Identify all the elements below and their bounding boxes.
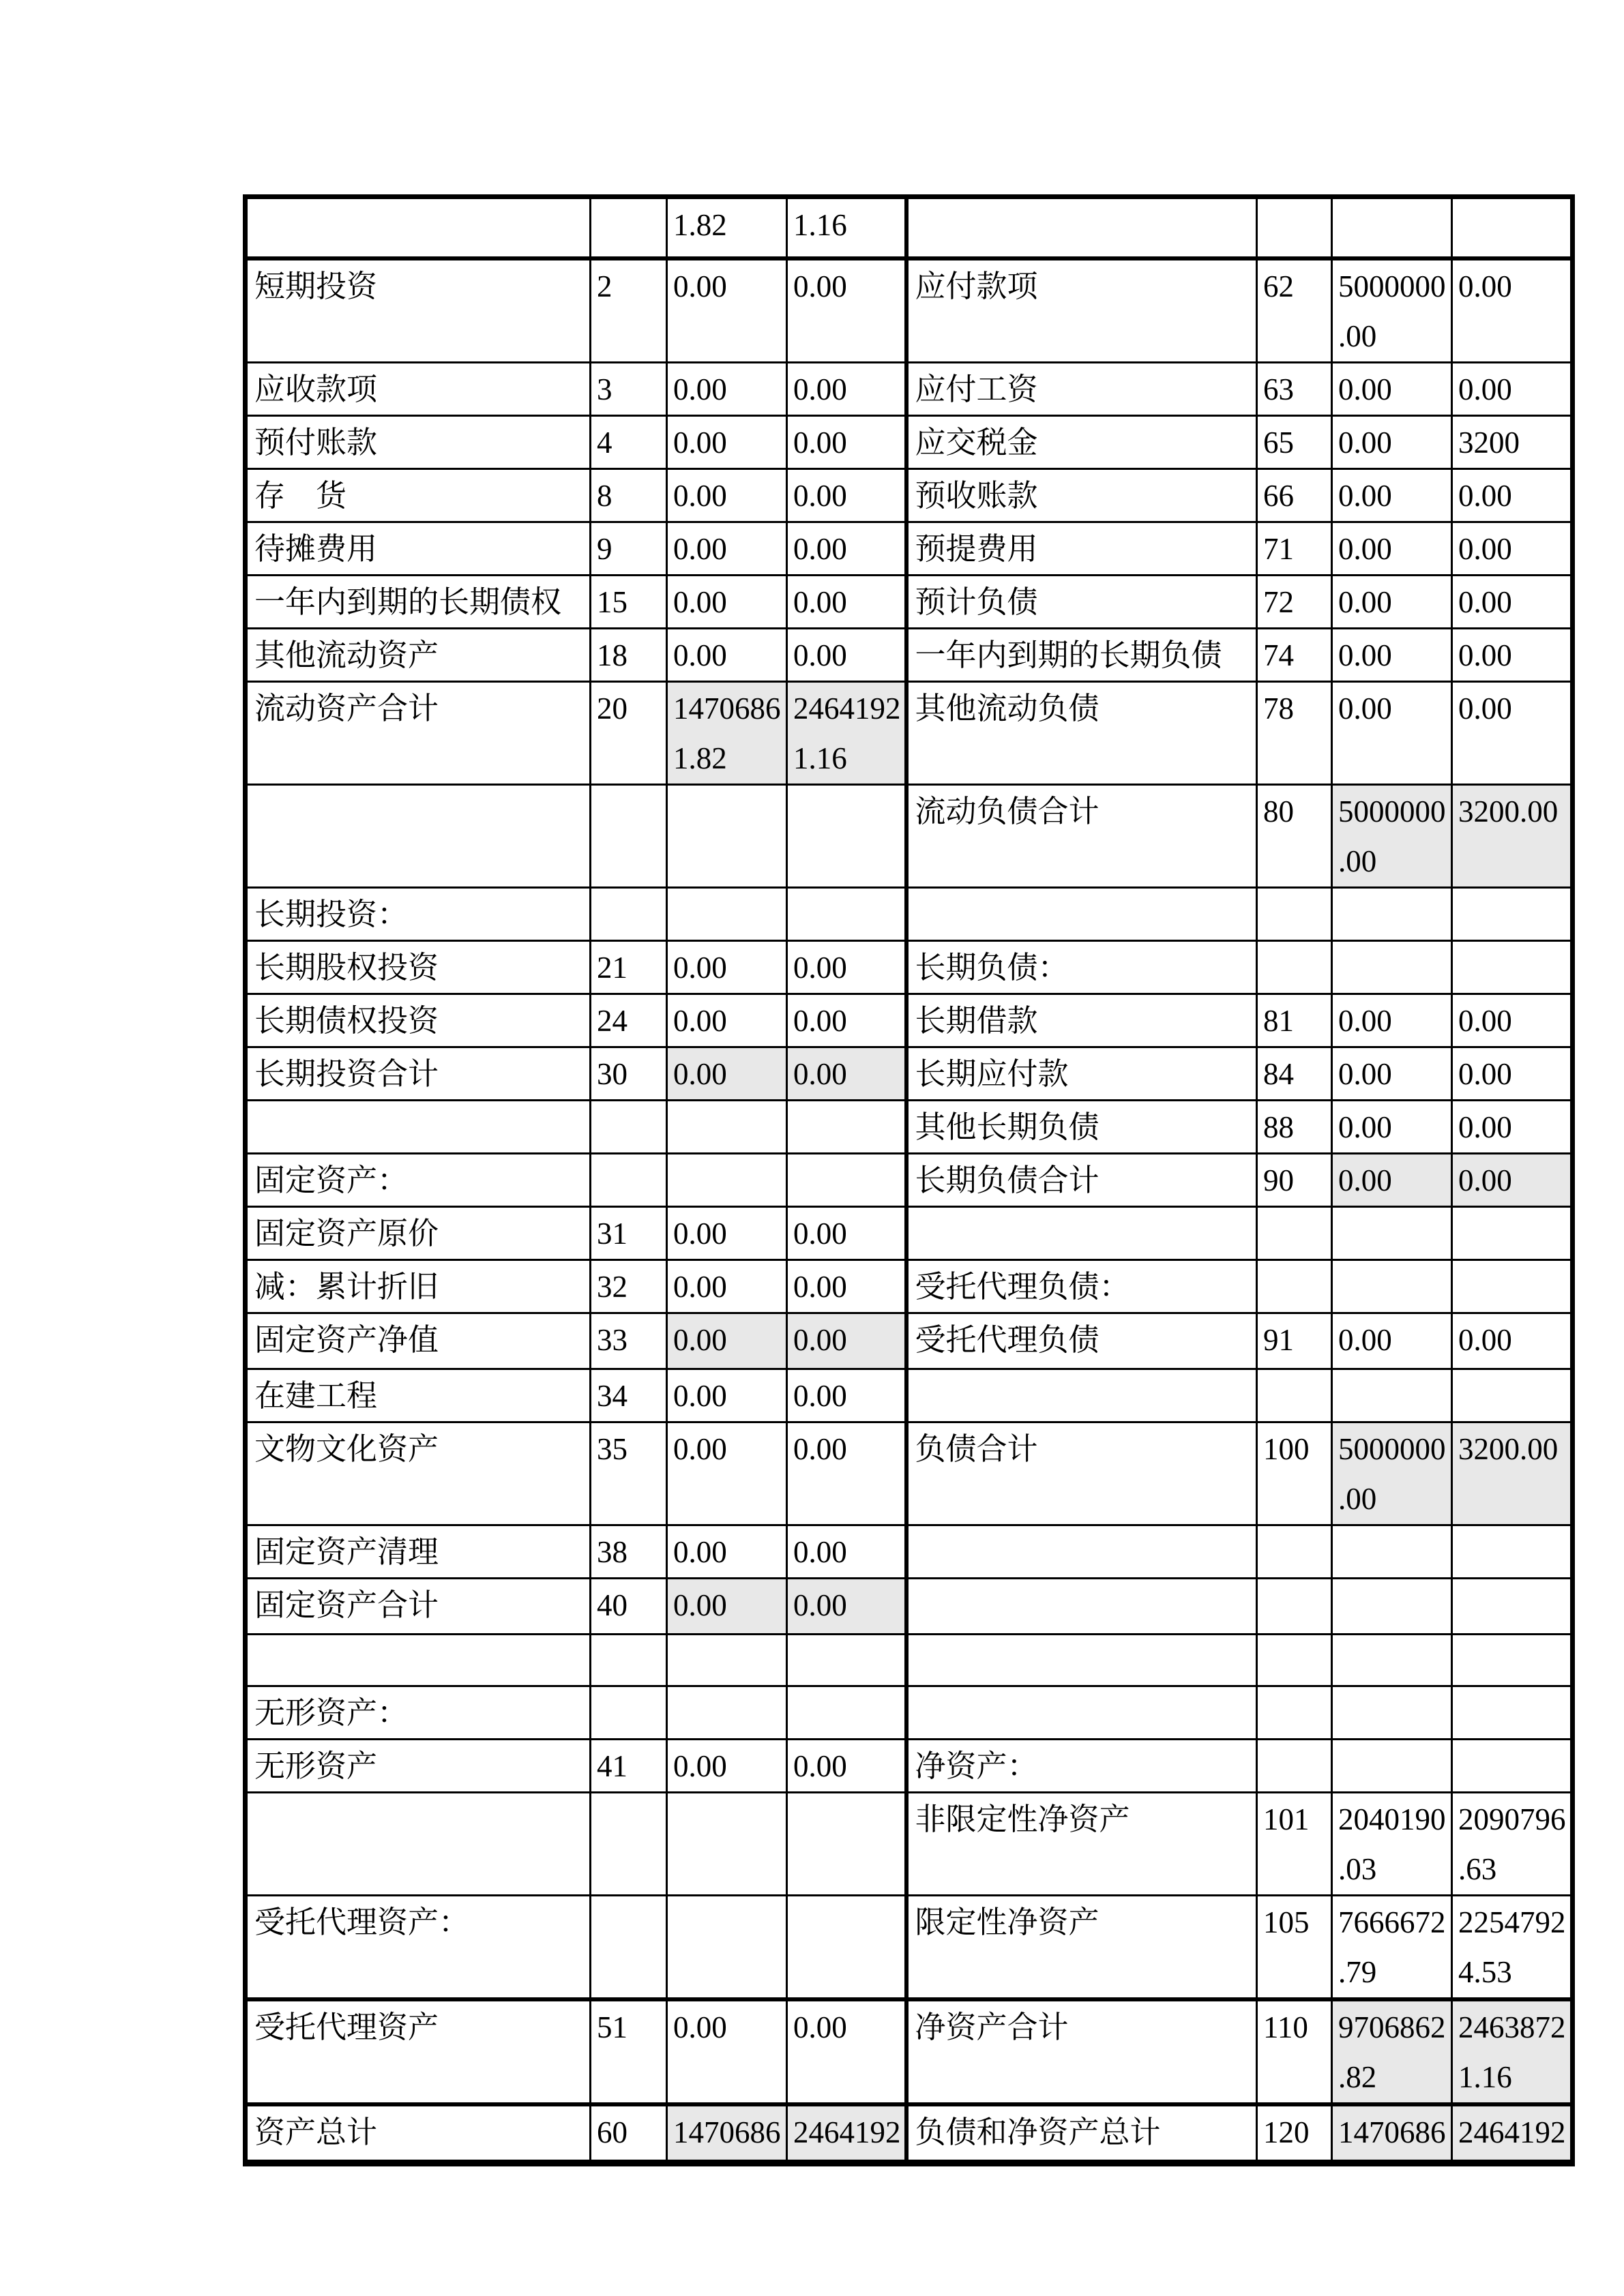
liability-value1-cell	[1332, 1578, 1452, 1634]
liability-value1-cell: 0.00	[1332, 1047, 1452, 1100]
table-row: 预付账款40.000.00应交税金650.003200	[246, 415, 1573, 468]
asset-value2-cell: 0.00	[787, 1206, 906, 1259]
asset-value2-cell: 1.16	[787, 197, 906, 258]
liability-label-cell: 受托代理负债：	[906, 1259, 1257, 1313]
liability-value1-cell: 0.00	[1332, 415, 1452, 468]
asset-value1-cell: 0.00	[667, 1999, 787, 2104]
balance-sheet-table: 1.821.16短期投资20.000.00应付款项625000000 .000.…	[243, 194, 1575, 2166]
asset-label-cell: 文物文化资产	[246, 1422, 591, 1525]
asset-value2-cell: 0.00	[787, 522, 906, 575]
liability-line-cell	[1257, 1634, 1332, 1686]
liability-value2-cell	[1452, 1525, 1573, 1578]
liability-value1-cell: 9706862 .82	[1332, 1999, 1452, 2104]
liability-label-cell: 一年内到期的长期负债	[906, 628, 1257, 681]
liability-label-cell: 应交税金	[906, 415, 1257, 468]
asset-value1-cell: 1470686 1.82	[667, 681, 787, 784]
asset-line-cell: 2	[591, 258, 667, 363]
table-row: 流动资产合计201470686 1.822464192 1.16其他流动负债78…	[246, 681, 1573, 784]
liability-line-cell: 100	[1257, 1422, 1332, 1525]
liability-label-cell	[906, 1206, 1257, 1259]
table-row: 固定资产合计400.000.00	[246, 1578, 1573, 1634]
liability-label-cell	[906, 1634, 1257, 1686]
liability-line-cell	[1257, 1739, 1332, 1792]
asset-line-cell	[591, 1153, 667, 1206]
asset-value1-cell	[667, 1895, 787, 1999]
table-row: 存 货80.000.00预收账款660.000.00	[246, 468, 1573, 522]
asset-line-cell: 40	[591, 1578, 667, 1634]
liability-value2-cell: 0.00	[1452, 468, 1573, 522]
asset-label-cell: 无形资产：	[246, 1686, 591, 1739]
liability-label-cell: 限定性净资产	[906, 1895, 1257, 1999]
table-row: 固定资产原价310.000.00	[246, 1206, 1573, 1259]
liability-value1-cell: 0.00	[1332, 994, 1452, 1047]
liability-label-cell: 预收账款	[906, 468, 1257, 522]
asset-label-cell: 固定资产清理	[246, 1525, 591, 1578]
asset-value2-cell: 0.00	[787, 994, 906, 1047]
asset-value1-cell: 0.00	[667, 468, 787, 522]
asset-value1-cell: 1470686	[667, 2104, 787, 2163]
asset-value2-cell: 0.00	[787, 575, 906, 628]
asset-value2-cell	[787, 887, 906, 940]
table-row: 减：累计折旧320.000.00受托代理负债：	[246, 1259, 1573, 1313]
liability-line-cell: 84	[1257, 1047, 1332, 1100]
asset-line-cell	[591, 1634, 667, 1686]
asset-line-cell	[591, 1792, 667, 1895]
table-row: 文物文化资产350.000.00负债合计1005000000 .003200.0…	[246, 1422, 1573, 1525]
liability-line-cell: 80	[1257, 784, 1332, 887]
liability-line-cell: 90	[1257, 1153, 1332, 1206]
liability-value2-cell	[1452, 1578, 1573, 1634]
asset-line-cell: 3	[591, 362, 667, 415]
liability-value1-cell: 5000000 .00	[1332, 784, 1452, 887]
liability-line-cell: 101	[1257, 1792, 1332, 1895]
table-row: 非限定性净资产1012040190 .032090796 .63	[246, 1792, 1573, 1895]
liability-label-cell: 长期负债合计	[906, 1153, 1257, 1206]
liability-value1-cell: 0.00	[1332, 1313, 1452, 1369]
asset-value1-cell: 0.00	[667, 575, 787, 628]
liability-value1-cell: 0.00	[1332, 362, 1452, 415]
liability-value1-cell: 0.00	[1332, 468, 1452, 522]
asset-value1-cell: 0.00	[667, 1206, 787, 1259]
liability-value2-cell	[1452, 887, 1573, 940]
asset-value2-cell	[787, 1153, 906, 1206]
liability-value1-cell	[1332, 1634, 1452, 1686]
liability-line-cell: 62	[1257, 258, 1332, 363]
liability-line-cell	[1257, 887, 1332, 940]
balance-sheet-body: 1.821.16短期投资20.000.00应付款项625000000 .000.…	[246, 197, 1573, 2163]
liability-value1-cell	[1332, 1259, 1452, 1313]
liability-value2-cell	[1452, 1686, 1573, 1739]
liability-line-cell	[1257, 1525, 1332, 1578]
asset-label-cell	[246, 1792, 591, 1895]
liability-value1-cell: 1470686	[1332, 2104, 1452, 2163]
liability-label-cell: 应付款项	[906, 258, 1257, 363]
table-row: 固定资产清理380.000.00	[246, 1525, 1573, 1578]
liability-line-cell: 71	[1257, 522, 1332, 575]
table-row: 受托代理资产510.000.00净资产合计1109706862 .8224638…	[246, 1999, 1573, 2104]
asset-label-cell: 一年内到期的长期债权	[246, 575, 591, 628]
liability-value1-cell: 7666672 .79	[1332, 1895, 1452, 1999]
asset-label-cell: 流动资产合计	[246, 681, 591, 784]
asset-value2-cell	[787, 1634, 906, 1686]
asset-label-cell: 无形资产	[246, 1739, 591, 1792]
asset-line-cell: 4	[591, 415, 667, 468]
liability-value2-cell: 0.00	[1452, 1100, 1573, 1153]
asset-label-cell: 应收款项	[246, 362, 591, 415]
liability-label-cell: 流动负债合计	[906, 784, 1257, 887]
asset-line-cell	[591, 1686, 667, 1739]
asset-label-cell: 长期股权投资	[246, 940, 591, 994]
table-row: 资产总计6014706862464192负债和净资产总计120147068624…	[246, 2104, 1573, 2163]
asset-line-cell: 15	[591, 575, 667, 628]
liability-line-cell: 110	[1257, 1999, 1332, 2104]
liability-value1-cell: 0.00	[1332, 1153, 1452, 1206]
liability-line-cell	[1257, 940, 1332, 994]
asset-value1-cell	[667, 1100, 787, 1153]
liability-label-cell: 其他长期负债	[906, 1100, 1257, 1153]
liability-value1-cell	[1332, 1686, 1452, 1739]
liability-value2-cell	[1452, 1369, 1573, 1422]
liability-label-cell: 净资产：	[906, 1739, 1257, 1792]
liability-label-cell	[906, 1525, 1257, 1578]
asset-value1-cell: 0.00	[667, 940, 787, 994]
asset-label-cell: 受托代理资产	[246, 1999, 591, 2104]
asset-line-cell	[591, 784, 667, 887]
liability-value1-cell: 0.00	[1332, 1100, 1452, 1153]
asset-label-cell: 存 货	[246, 468, 591, 522]
liability-value1-cell	[1332, 887, 1452, 940]
asset-value1-cell: 0.00	[667, 1369, 787, 1422]
asset-value2-cell: 0.00	[787, 1313, 906, 1369]
asset-value1-cell	[667, 887, 787, 940]
liability-value1-cell: 5000000 .00	[1332, 1422, 1452, 1525]
asset-line-cell: 24	[591, 994, 667, 1047]
liability-line-cell: 74	[1257, 628, 1332, 681]
liability-value1-cell: 5000000 .00	[1332, 258, 1452, 363]
liability-value1-cell: 0.00	[1332, 681, 1452, 784]
liability-line-cell: 88	[1257, 1100, 1332, 1153]
liability-value2-cell: 3200.00	[1452, 1422, 1573, 1525]
asset-line-cell: 31	[591, 1206, 667, 1259]
liability-value2-cell	[1452, 1739, 1573, 1792]
asset-line-cell: 20	[591, 681, 667, 784]
asset-line-cell	[591, 887, 667, 940]
liability-line-cell	[1257, 1578, 1332, 1634]
asset-line-cell	[591, 197, 667, 258]
asset-value2-cell: 0.00	[787, 1525, 906, 1578]
liability-label-cell: 负债合计	[906, 1422, 1257, 1525]
asset-line-cell: 41	[591, 1739, 667, 1792]
asset-value2-cell: 0.00	[787, 415, 906, 468]
liability-value2-cell: 2463872 1.16	[1452, 1999, 1573, 2104]
asset-value1-cell: 0.00	[667, 1525, 787, 1578]
liability-value2-cell: 0.00	[1452, 575, 1573, 628]
asset-value1-cell	[667, 1153, 787, 1206]
liability-value2-cell: 2254792 4.53	[1452, 1895, 1573, 1999]
asset-value1-cell: 0.00	[667, 415, 787, 468]
asset-line-cell: 60	[591, 2104, 667, 2163]
liability-label-cell: 长期应付款	[906, 1047, 1257, 1100]
asset-line-cell: 51	[591, 1999, 667, 2104]
asset-label-cell: 固定资产合计	[246, 1578, 591, 1634]
liability-label-cell: 预计负债	[906, 575, 1257, 628]
liability-value2-cell: 0.00	[1452, 681, 1573, 784]
asset-label-cell	[246, 197, 591, 258]
table-row: 应收款项30.000.00应付工资630.000.00	[246, 362, 1573, 415]
liability-label-cell: 净资产合计	[906, 1999, 1257, 2104]
liability-line-cell: 72	[1257, 575, 1332, 628]
asset-label-cell	[246, 1634, 591, 1686]
liability-value2-cell	[1452, 197, 1573, 258]
liability-line-cell: 91	[1257, 1313, 1332, 1369]
asset-value1-cell	[667, 1792, 787, 1895]
asset-label-cell: 其他流动资产	[246, 628, 591, 681]
asset-value2-cell: 0.00	[787, 1578, 906, 1634]
table-row: 固定资产：长期负债合计900.000.00	[246, 1153, 1573, 1206]
asset-value1-cell	[667, 1634, 787, 1686]
liability-label-cell	[906, 887, 1257, 940]
table-row: 长期投资：	[246, 887, 1573, 940]
table-row	[246, 1634, 1573, 1686]
liability-value2-cell: 0.00	[1452, 522, 1573, 575]
asset-line-cell: 33	[591, 1313, 667, 1369]
liability-label-cell: 受托代理负债	[906, 1313, 1257, 1369]
asset-label-cell: 短期投资	[246, 258, 591, 363]
liability-value2-cell	[1452, 940, 1573, 994]
asset-label-cell: 在建工程	[246, 1369, 591, 1422]
liability-label-cell	[906, 197, 1257, 258]
liability-value1-cell	[1332, 1739, 1452, 1792]
asset-line-cell	[591, 1100, 667, 1153]
liability-value2-cell	[1452, 1206, 1573, 1259]
asset-label-cell: 长期投资合计	[246, 1047, 591, 1100]
asset-value1-cell: 0.00	[667, 362, 787, 415]
asset-value1-cell: 1.82	[667, 197, 787, 258]
asset-line-cell	[591, 1895, 667, 1999]
asset-label-cell: 固定资产净值	[246, 1313, 591, 1369]
asset-value2-cell: 0.00	[787, 362, 906, 415]
asset-value1-cell: 0.00	[667, 994, 787, 1047]
asset-label-cell: 待摊费用	[246, 522, 591, 575]
asset-value1-cell: 0.00	[667, 628, 787, 681]
asset-label-cell: 固定资产原价	[246, 1206, 591, 1259]
asset-value1-cell: 0.00	[667, 1259, 787, 1313]
asset-value2-cell: 0.00	[787, 940, 906, 994]
liability-value2-cell: 0.00	[1452, 1153, 1573, 1206]
asset-line-cell: 8	[591, 468, 667, 522]
liability-value2-cell: 2090796 .63	[1452, 1792, 1573, 1895]
asset-line-cell: 18	[591, 628, 667, 681]
table-row: 1.821.16	[246, 197, 1573, 258]
liability-label-cell: 应付工资	[906, 362, 1257, 415]
liability-label-cell: 长期负债：	[906, 940, 1257, 994]
asset-value2-cell	[787, 1792, 906, 1895]
asset-label-cell	[246, 784, 591, 887]
liability-value1-cell	[1332, 1525, 1452, 1578]
liability-label-cell	[906, 1369, 1257, 1422]
asset-line-cell: 34	[591, 1369, 667, 1422]
asset-value1-cell: 0.00	[667, 1422, 787, 1525]
liability-line-cell	[1257, 1369, 1332, 1422]
table-row: 待摊费用90.000.00预提费用710.000.00	[246, 522, 1573, 575]
liability-value1-cell: 0.00	[1332, 522, 1452, 575]
asset-label-cell: 减：累计折旧	[246, 1259, 591, 1313]
asset-label-cell	[246, 1100, 591, 1153]
asset-value1-cell: 0.00	[667, 1578, 787, 1634]
asset-line-cell: 9	[591, 522, 667, 575]
liability-value2-cell: 2464192	[1452, 2104, 1573, 2163]
table-row: 在建工程340.000.00	[246, 1369, 1573, 1422]
asset-value1-cell: 0.00	[667, 1739, 787, 1792]
table-row: 其他流动资产180.000.00一年内到期的长期负债740.000.00	[246, 628, 1573, 681]
liability-value1-cell: 0.00	[1332, 575, 1452, 628]
asset-label-cell: 长期债权投资	[246, 994, 591, 1047]
liability-line-cell: 78	[1257, 681, 1332, 784]
asset-value1-cell: 0.00	[667, 522, 787, 575]
table-row: 受托代理资产：限定性净资产1057666672 .792254792 4.53	[246, 1895, 1573, 1999]
table-row: 一年内到期的长期债权150.000.00预计负债720.000.00	[246, 575, 1573, 628]
liability-value2-cell: 0.00	[1452, 1047, 1573, 1100]
liability-value1-cell	[1332, 197, 1452, 258]
liability-value2-cell: 3200	[1452, 415, 1573, 468]
asset-value2-cell: 0.00	[787, 1047, 906, 1100]
asset-value2-cell: 0.00	[787, 1739, 906, 1792]
table-row: 固定资产净值330.000.00受托代理负债910.000.00	[246, 1313, 1573, 1369]
asset-value2-cell	[787, 1100, 906, 1153]
liability-line-cell	[1257, 1686, 1332, 1739]
liability-value2-cell	[1452, 1259, 1573, 1313]
asset-value2-cell: 0.00	[787, 1369, 906, 1422]
asset-line-cell: 35	[591, 1422, 667, 1525]
liability-label-cell	[906, 1686, 1257, 1739]
table-row: 长期股权投资210.000.00长期负债：	[246, 940, 1573, 994]
asset-value1-cell: 0.00	[667, 1313, 787, 1369]
asset-line-cell: 32	[591, 1259, 667, 1313]
liability-value1-cell: 0.00	[1332, 628, 1452, 681]
asset-label-cell: 长期投资：	[246, 887, 591, 940]
liability-label-cell: 其他流动负债	[906, 681, 1257, 784]
asset-label-cell: 预付账款	[246, 415, 591, 468]
asset-label-cell: 资产总计	[246, 2104, 591, 2163]
table-row: 流动负债合计805000000 .003200.00	[246, 784, 1573, 887]
asset-line-cell: 21	[591, 940, 667, 994]
asset-value1-cell	[667, 1686, 787, 1739]
liability-label-cell	[906, 1578, 1257, 1634]
liability-value1-cell	[1332, 940, 1452, 994]
liability-value1-cell	[1332, 1369, 1452, 1422]
asset-value2-cell	[787, 1895, 906, 1999]
asset-value2-cell: 0.00	[787, 1259, 906, 1313]
liability-value2-cell: 0.00	[1452, 628, 1573, 681]
table-row: 其他长期负债880.000.00	[246, 1100, 1573, 1153]
asset-value2-cell: 2464192	[787, 2104, 906, 2163]
liability-line-cell	[1257, 1259, 1332, 1313]
liability-value2-cell: 3200.00	[1452, 784, 1573, 887]
asset-label-cell: 受托代理资产：	[246, 1895, 591, 1999]
table-row: 无形资产410.000.00净资产：	[246, 1739, 1573, 1792]
liability-line-cell: 65	[1257, 415, 1332, 468]
liability-label-cell: 长期借款	[906, 994, 1257, 1047]
asset-value2-cell	[787, 1686, 906, 1739]
liability-value2-cell: 0.00	[1452, 994, 1573, 1047]
liability-value2-cell: 0.00	[1452, 362, 1573, 415]
asset-value2-cell: 0.00	[787, 468, 906, 522]
asset-line-cell: 30	[591, 1047, 667, 1100]
asset-value2-cell: 0.00	[787, 1999, 906, 2104]
asset-value2-cell: 0.00	[787, 1422, 906, 1525]
liability-label-cell: 预提费用	[906, 522, 1257, 575]
table-row: 短期投资20.000.00应付款项625000000 .000.00	[246, 258, 1573, 363]
liability-value1-cell	[1332, 1206, 1452, 1259]
asset-line-cell: 38	[591, 1525, 667, 1578]
asset-value2-cell: 2464192 1.16	[787, 681, 906, 784]
asset-value1-cell: 0.00	[667, 1047, 787, 1100]
liability-line-cell: 120	[1257, 2104, 1332, 2163]
liability-line-cell	[1257, 1206, 1332, 1259]
asset-label-cell: 固定资产：	[246, 1153, 591, 1206]
liability-line-cell: 66	[1257, 468, 1332, 522]
table-row: 无形资产：	[246, 1686, 1573, 1739]
asset-value1-cell	[667, 784, 787, 887]
liability-value2-cell	[1452, 1634, 1573, 1686]
asset-value2-cell: 0.00	[787, 258, 906, 363]
document-page: 1.821.16短期投资20.000.00应付款项625000000 .000.…	[0, 0, 1624, 2296]
liability-label-cell: 负债和净资产总计	[906, 2104, 1257, 2163]
liability-value1-cell: 2040190 .03	[1332, 1792, 1452, 1895]
liability-line-cell: 63	[1257, 362, 1332, 415]
liability-line-cell: 81	[1257, 994, 1332, 1047]
table-row: 长期债权投资240.000.00长期借款810.000.00	[246, 994, 1573, 1047]
liability-value2-cell: 0.00	[1452, 258, 1573, 363]
liability-value2-cell: 0.00	[1452, 1313, 1573, 1369]
asset-value2-cell	[787, 784, 906, 887]
liability-line-cell: 105	[1257, 1895, 1332, 1999]
table-row: 长期投资合计300.000.00长期应付款840.000.00	[246, 1047, 1573, 1100]
liability-line-cell	[1257, 197, 1332, 258]
asset-value2-cell: 0.00	[787, 628, 906, 681]
asset-value1-cell: 0.00	[667, 258, 787, 363]
liability-label-cell: 非限定性净资产	[906, 1792, 1257, 1895]
